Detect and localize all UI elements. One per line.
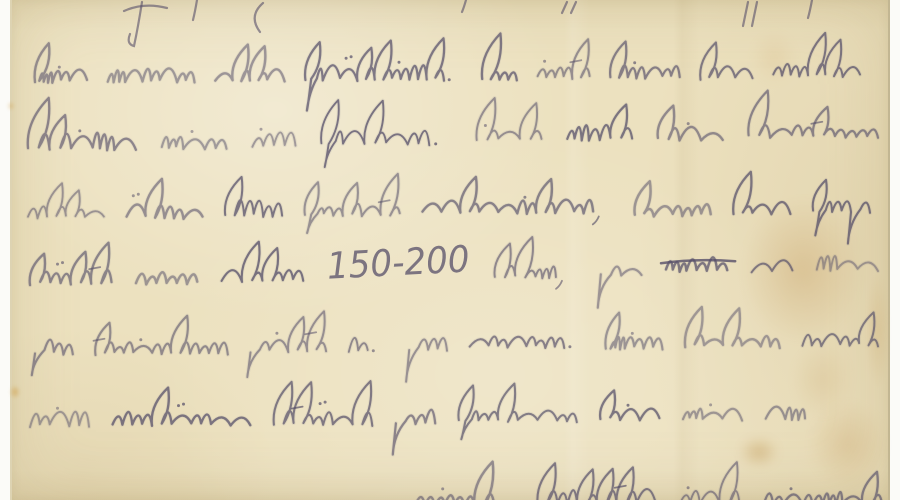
legible-number: 150-200 [326,237,471,287]
scanned-letter: 150-200 Wir waren alle fröhlich. Es ist … [0,0,900,500]
handwriting-svg: 150-200 [0,0,900,500]
